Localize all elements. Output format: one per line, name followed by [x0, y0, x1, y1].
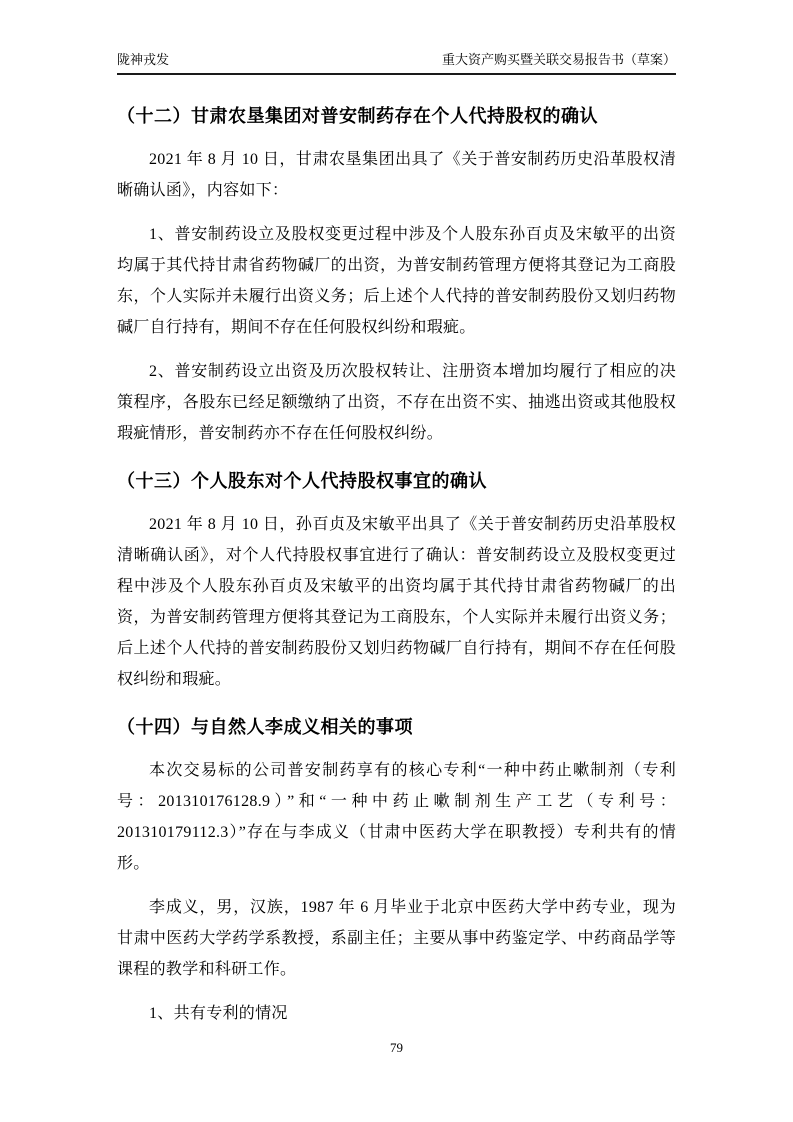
document-page: 陇神戎发 重大资产购买暨关联交易报告书（草案） （十二）甘肃农垦集团对普安制药存… — [0, 0, 793, 1122]
page-header: 陇神戎发 重大资产购买暨关联交易报告书（草案） — [117, 51, 676, 75]
section-14-paragraph-1: 本次交易标的公司普安制药享有的核心专利“一种中药止嗽制剂（专利号：2013101… — [117, 755, 676, 879]
section-14-paragraph-2: 李成义，男，汉族，1987 年 6 月毕业于北京中医药大学中药专业，现为甘肃中医… — [117, 892, 676, 985]
page-number: 79 — [390, 1040, 403, 1055]
section-13-paragraph-1: 2021 年 8 月 10 日，孙百贞及宋敏平出具了《关于普安制药历史沿革股权清… — [117, 509, 676, 695]
section-14-heading: （十四）与自然人李成义相关的事项 — [117, 715, 676, 739]
header-document-title: 重大资产购买暨关联交易报告书（草案） — [442, 51, 676, 68]
section-12-heading: （十二）甘肃农垦集团对普安制药存在个人代持股权的确认 — [117, 104, 676, 128]
section-12-paragraph-1: 2021 年 8 月 10 日，甘肃农垦集团出具了《关于普安制药历史沿革股权清晰… — [117, 144, 676, 206]
document-content: （十二）甘肃农垦集团对普安制药存在个人代持股权的确认 2021 年 8 月 10… — [117, 104, 676, 1042]
page-footer: 79 — [117, 1040, 676, 1056]
section-14-paragraph-3: 1、共有专利的情况 — [117, 998, 676, 1029]
section-12-paragraph-2: 1、普安制药设立及股权变更过程中涉及个人股东孙百贞及宋敏平的出资均属于其代持甘肃… — [117, 219, 676, 343]
section-12-paragraph-3: 2、普安制药设立出资及历次股权转让、注册资本增加均履行了相应的决策程序，各股东已… — [117, 356, 676, 449]
section-13-heading: （十三）个人股东对个人代持股权事宜的确认 — [117, 469, 676, 493]
header-company-name: 陇神戎发 — [117, 51, 169, 68]
